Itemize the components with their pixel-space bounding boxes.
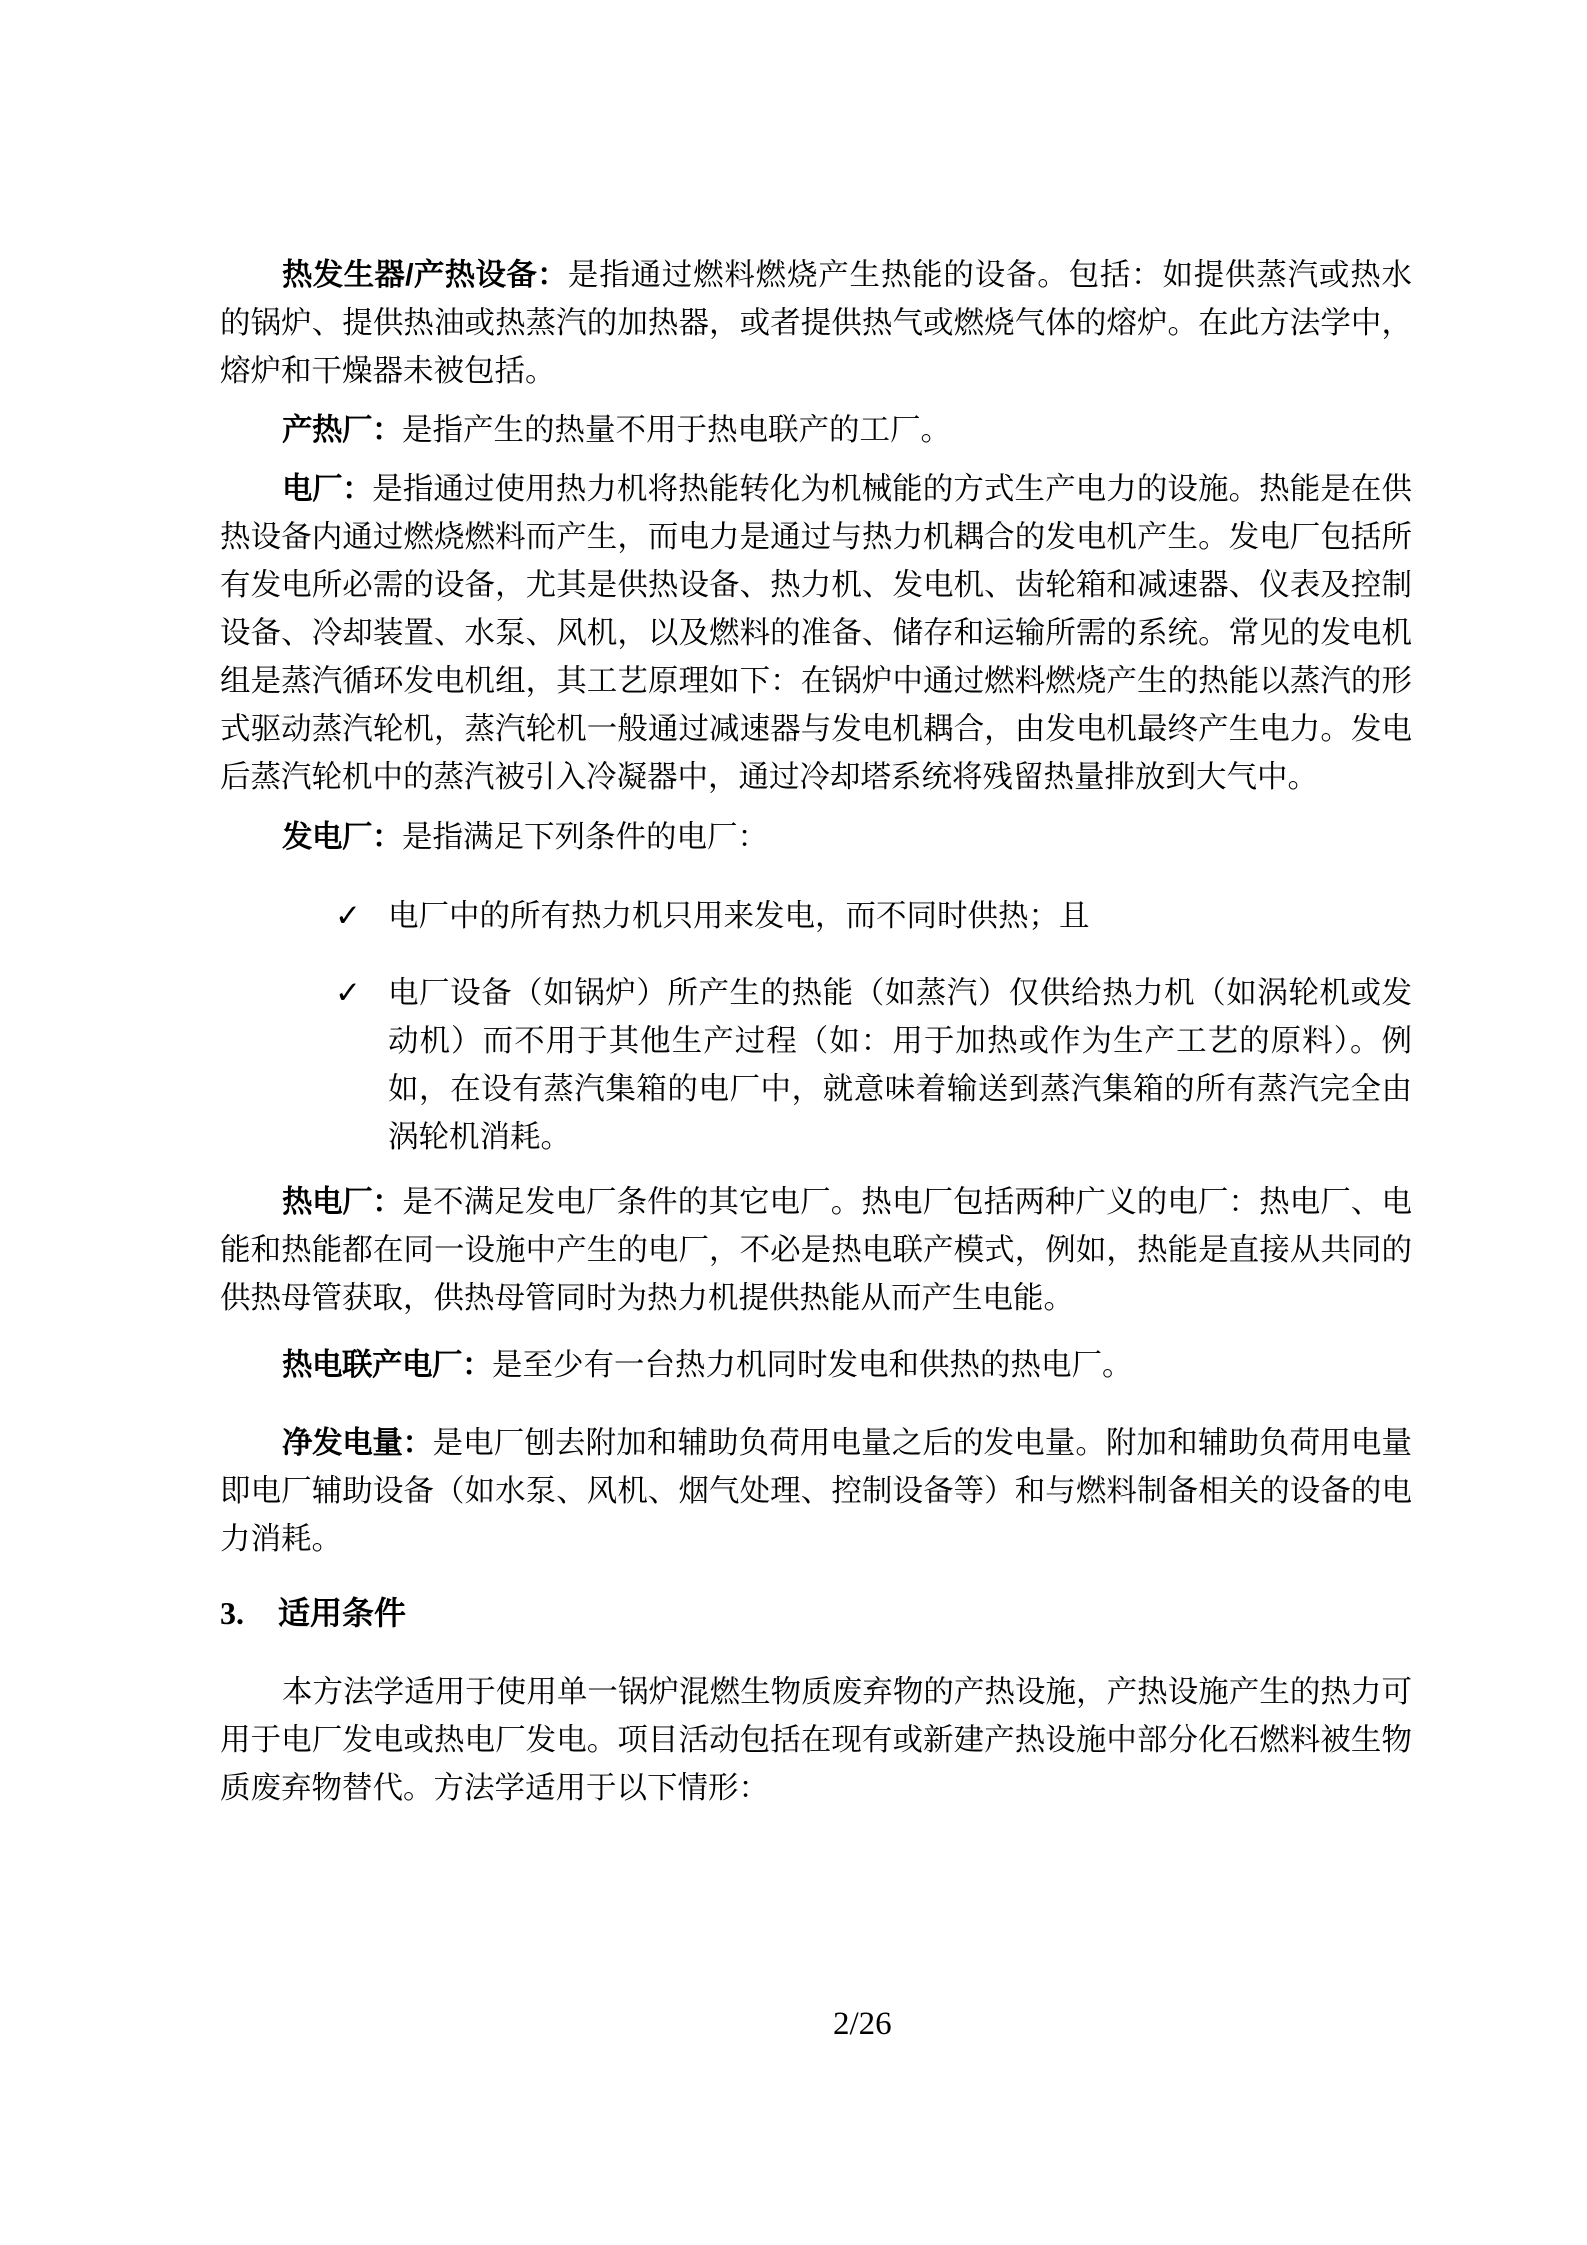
definition-text-heat-plant: 是指产生的热量不用于热电联产的工厂。 — [402, 413, 951, 447]
definition-text-chp-plant: 是至少有一台热力机同时发电和供热的热电厂。 — [492, 1348, 1133, 1382]
definition-term-chp-plant: 热电联产电厂： — [282, 1348, 492, 1382]
definition-power-plant: 电厂：是指通过使用热力机将热能转化为机械能的方式生产电力的设施。热能是在供热设备… — [220, 465, 1412, 801]
bullet-text-2: 电厂设备（如锅炉）所产生的热能（如蒸汽）仅供给热力机（如涡轮机或发动机）而不用于… — [388, 969, 1412, 1161]
definition-term-net-electricity: 净发电量： — [282, 1426, 433, 1460]
definition-thermal-power-plant: 热电厂：是不满足发电厂条件的其它电厂。热电厂包括两种广义的电厂：热电厂、电能和热… — [220, 1178, 1412, 1322]
bullet-item-2: ✓ 电厂设备（如锅炉）所产生的热能（如蒸汽）仅供给热力机（如涡轮机或发动机）而不… — [220, 969, 1412, 1161]
document-body: 热发生器/产热设备：是指通过燃料燃烧产生热能的设备。包括：如提供蒸汽或热水的锅炉… — [220, 251, 1412, 1812]
definition-heat-plant: 产热厂：是指产生的热量不用于热电联产的工厂。 — [220, 406, 1412, 454]
applicability-paragraph: 本方法学适用于使用单一锅炉混燃生物质废弃物的产热设施，产热设施产生的热力可用于电… — [220, 1668, 1412, 1812]
section-number: 3. — [220, 1589, 278, 1637]
applicability-text: 本方法学适用于使用单一锅炉混燃生物质废弃物的产热设施，产热设施产生的热力可用于电… — [220, 1675, 1412, 1805]
definition-net-electricity: 净发电量：是电厂刨去附加和辅助负荷用电量之后的发电量。附加和辅助负荷用电量即电厂… — [220, 1419, 1412, 1563]
definition-chp-plant: 热电联产电厂：是至少有一台热力机同时发电和供热的热电厂。 — [220, 1341, 1412, 1389]
bullet-item-1: ✓ 电厂中的所有热力机只用来发电，而不同时供热；且 — [220, 892, 1412, 940]
definition-text-electricity-generation-plant: 是指满足下列条件的电厂： — [402, 820, 768, 854]
definition-term-heat-plant: 产热厂： — [282, 413, 402, 447]
page-number: 2/26 — [833, 2004, 892, 2044]
section-heading-applicability: 3.适用条件 — [220, 1589, 1412, 1637]
definition-term-heat-generator: 热发生器/产热设备： — [282, 258, 568, 292]
definition-text-power-plant: 是指通过使用热力机将热能转化为机械能的方式生产电力的设施。热能是在供热设备内通过… — [220, 472, 1412, 794]
definition-electricity-generation-plant: 发电厂：是指满足下列条件的电厂： — [220, 813, 1412, 861]
section-title: 适用条件 — [278, 1595, 406, 1631]
definition-heat-generator: 热发生器/产热设备：是指通过燃料燃烧产生热能的设备。包括：如提供蒸汽或热水的锅炉… — [220, 251, 1412, 395]
document-page: 热发生器/产热设备：是指通过燃料燃烧产生热能的设备。包括：如提供蒸汽或热水的锅炉… — [0, 0, 1587, 2245]
definition-term-power-plant: 电厂： — [282, 472, 372, 506]
check-icon: ✓ — [335, 892, 388, 940]
definition-term-electricity-generation-plant: 发电厂： — [282, 820, 402, 854]
bullet-text-1: 电厂中的所有热力机只用来发电，而不同时供热；且 — [388, 892, 1412, 940]
definition-term-thermal-power-plant: 热电厂： — [282, 1185, 402, 1219]
check-icon: ✓ — [335, 969, 388, 1161]
